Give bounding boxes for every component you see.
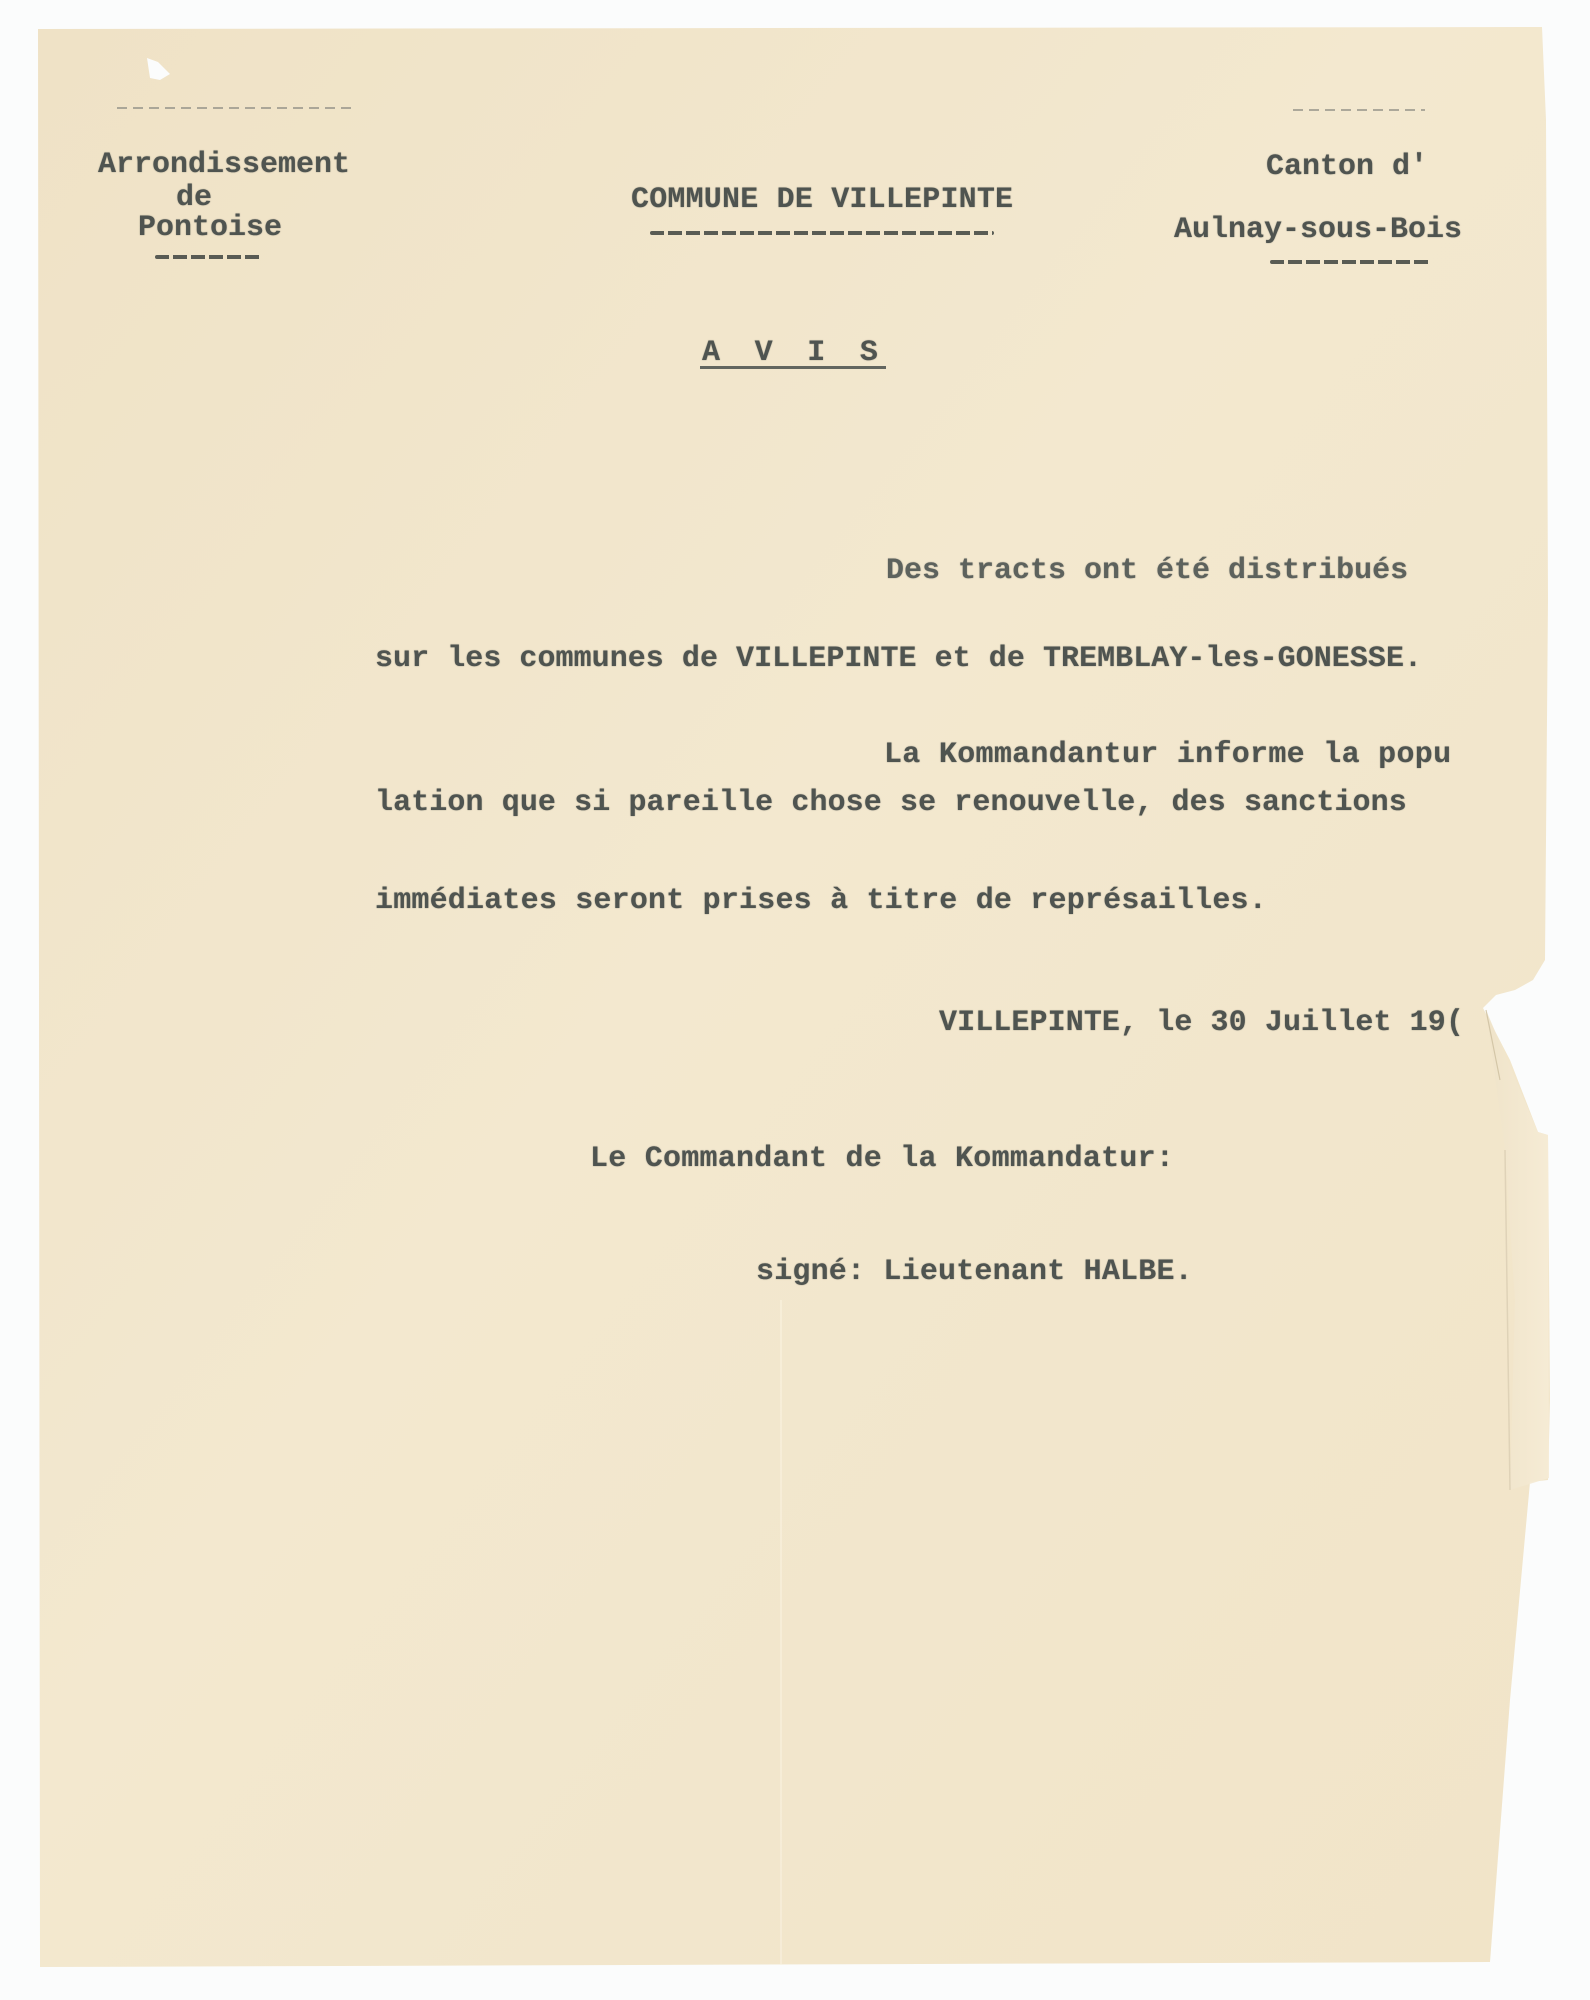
paper-body [38,27,1550,1967]
faint-rule-right [1293,109,1425,111]
header-right-line1: Canton d' [1266,152,1428,182]
header-left-line2: de [176,183,212,213]
faint-rule-left [117,107,353,109]
body-line-5: immédiates seront prises à titre de repr… [375,886,1267,916]
commune-title-rule [650,231,994,235]
header-right-rule [1270,260,1430,264]
header-left-line3: Pontoise [138,213,282,243]
notice-title-underline [700,366,886,369]
body-line-3: La Kommandantur informe la popu [884,740,1451,770]
signature-title: Le Commandant de la Kommandatur: [590,1144,1174,1174]
dateline: VILLEPINTE, le 30 Juillet 19( [939,1008,1464,1038]
commune-title: COMMUNE DE VILLEPINTE [631,185,1013,215]
signature-name: signé: Lieutenant HALBE. [756,1257,1193,1287]
header-right-line2: Aulnay-sous-Bois [1174,215,1462,245]
body-line-2: sur les communes de VILLEPINTE et de TRE… [375,644,1422,674]
paper-sheet [0,0,1590,2000]
header-left-line1: Arrondissement [98,150,350,180]
header-left-rule [155,255,263,259]
body-line-1: Des tracts ont été distribués [886,556,1408,586]
body-line-4: lation que si pareille chose se renouvel… [375,788,1407,818]
notice-title: A V I S [702,338,886,368]
